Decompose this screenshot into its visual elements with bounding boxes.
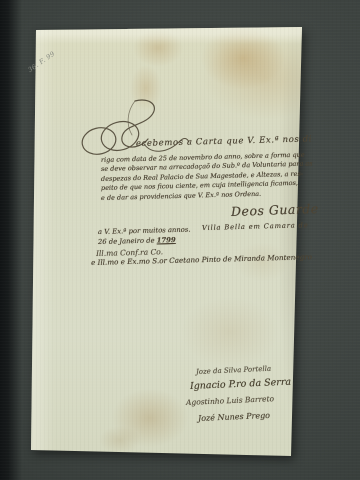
valediction: Deos Guarde xyxy=(231,201,319,219)
date-prefix: 26 de Janeiro de xyxy=(98,236,155,245)
date-year: 1799 xyxy=(157,235,176,243)
paper-shadow xyxy=(0,0,360,480)
photo-background: 36. F. 99 ecebemos a Carta que V. Ex.ª n… xyxy=(0,0,360,480)
dateline: 26 de Janeiro de 1799 xyxy=(98,235,176,245)
manuscript-paper-sheet xyxy=(0,0,360,480)
